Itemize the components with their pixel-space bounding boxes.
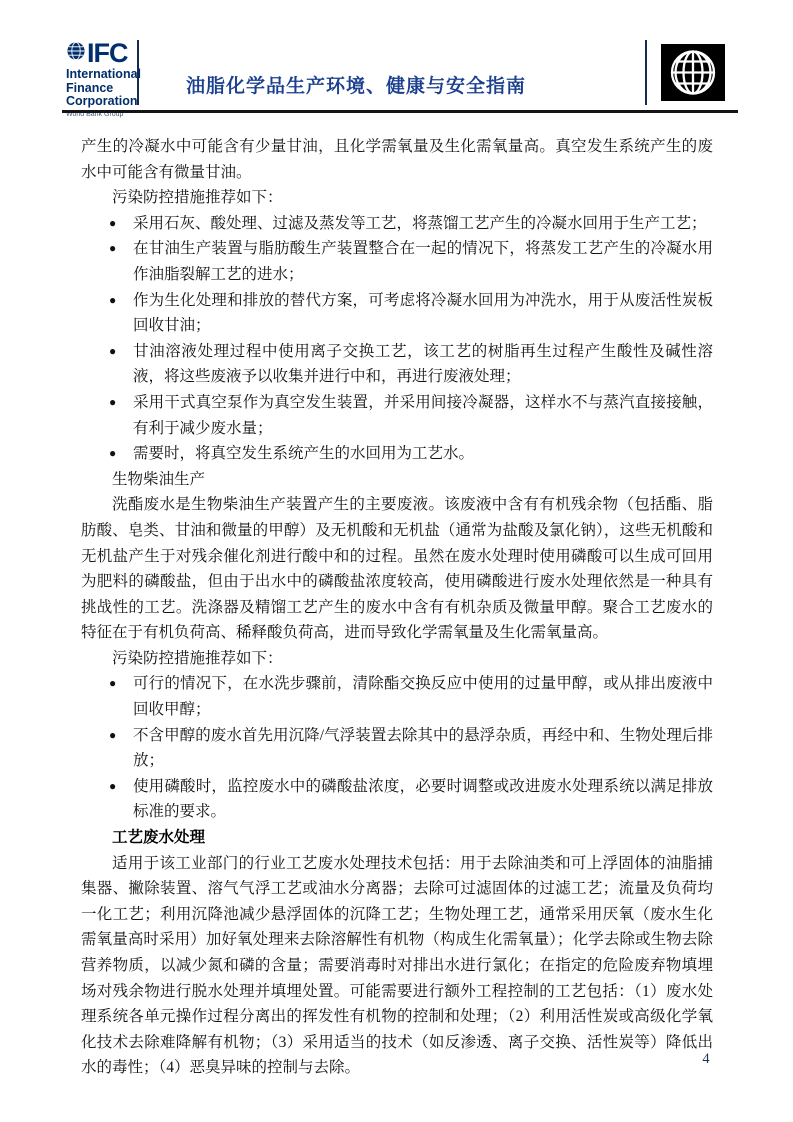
ifc-logo: IFC International Finance Corporation Wo… [66, 40, 146, 118]
document-body: 产生的冷凝水中可能含有少量甘油，且化学需氧量及生化需氧量高。真空发生系统产生的废… [81, 134, 713, 1081]
ifc-name-line: Corporation [66, 95, 146, 109]
header-divider-left [137, 40, 139, 105]
subheading-biodiesel: 生物柴油生产 [81, 467, 713, 493]
bullet-item: 甘油溶液处理过程中使用离子交换工艺，该工艺的树脂再生过程产生酸性及碱性溶液，将这… [81, 339, 713, 390]
page-number: 4 [696, 1051, 716, 1068]
ifc-name-line: Finance [66, 82, 146, 96]
paragraph-treatment: 适用于该工业部门的行业工艺废水处理技术包括：用于去除油类和可上浮固体的油脂捕集器… [81, 851, 713, 1081]
pollution-measures-label-2: 污染防控措施推荐如下： [81, 646, 713, 672]
paragraph-condensate: 产生的冷凝水中可能含有少量甘油，且化学需氧量及生化需氧量高。真空发生系统产生的废… [81, 134, 713, 185]
bullet-item: 使用磷酸时，监控废水中的磷酸盐浓度，必要时调整或改进废水处理系统以满足排放标准的… [81, 774, 713, 825]
pollution-measures-label-1: 污染防控措施推荐如下： [81, 185, 713, 211]
document-page: IFC International Finance Corporation Wo… [0, 0, 793, 1122]
ifc-name-line: International [66, 68, 146, 82]
bullet-list-glycerin: 采用石灰、酸处理、过滤及蒸发等工艺，将蒸馏工艺产生的冷凝水回用于生产工艺； 在甘… [81, 211, 713, 467]
header-divider-right [645, 40, 647, 105]
page-title: 油脂化学品生产环境、健康与安全指南 [186, 76, 526, 99]
bullet-item: 需要时，将真空发生系统产生的水回用为工艺水。 [81, 441, 713, 467]
worldbank-globe-icon [661, 44, 725, 101]
ifc-acronym: IFC [87, 40, 128, 67]
bullet-item: 采用干式真空泵作为真空发生装置，并采用间接冷凝器，这样水不与蒸汽直接接触，有利于… [81, 390, 713, 441]
bullet-item: 不含甲醇的废水首先用沉降/气浮装置去除其中的悬浮杂质，再经中和、生物处理后排放； [81, 723, 713, 774]
bullet-item: 作为生化处理和排放的替代方案，可考虑将冷凝水回用为冲洗水，用于从废活性炭板回收甘… [81, 288, 713, 339]
paragraph-biodiesel: 洗酯废水是生物柴油生产装置产生的主要废液。该废液中含有有机残余物（包括酯、脂肪酸… [81, 492, 713, 646]
bullet-item: 可行的情况下，在水洗步骤前，清除酯交换反应中使用的过量甲醇，或从排出废液中回收甲… [81, 671, 713, 722]
bullet-list-biodiesel: 可行的情况下，在水洗步骤前，清除酯交换反应中使用的过量甲醇，或从排出废液中回收甲… [81, 671, 713, 825]
bullet-item: 在甘油生产装置与脂肪酸生产装置整合在一起的情况下，将蒸发工艺产生的冷凝水用作油脂… [81, 236, 713, 287]
heading-process-wastewater: 工艺废水处理 [81, 825, 713, 851]
bullet-item: 采用石灰、酸处理、过滤及蒸发等工艺，将蒸馏工艺产生的冷凝水回用于生产工艺； [81, 211, 713, 237]
ifc-globe-icon [66, 41, 86, 66]
header-rule [62, 110, 738, 113]
